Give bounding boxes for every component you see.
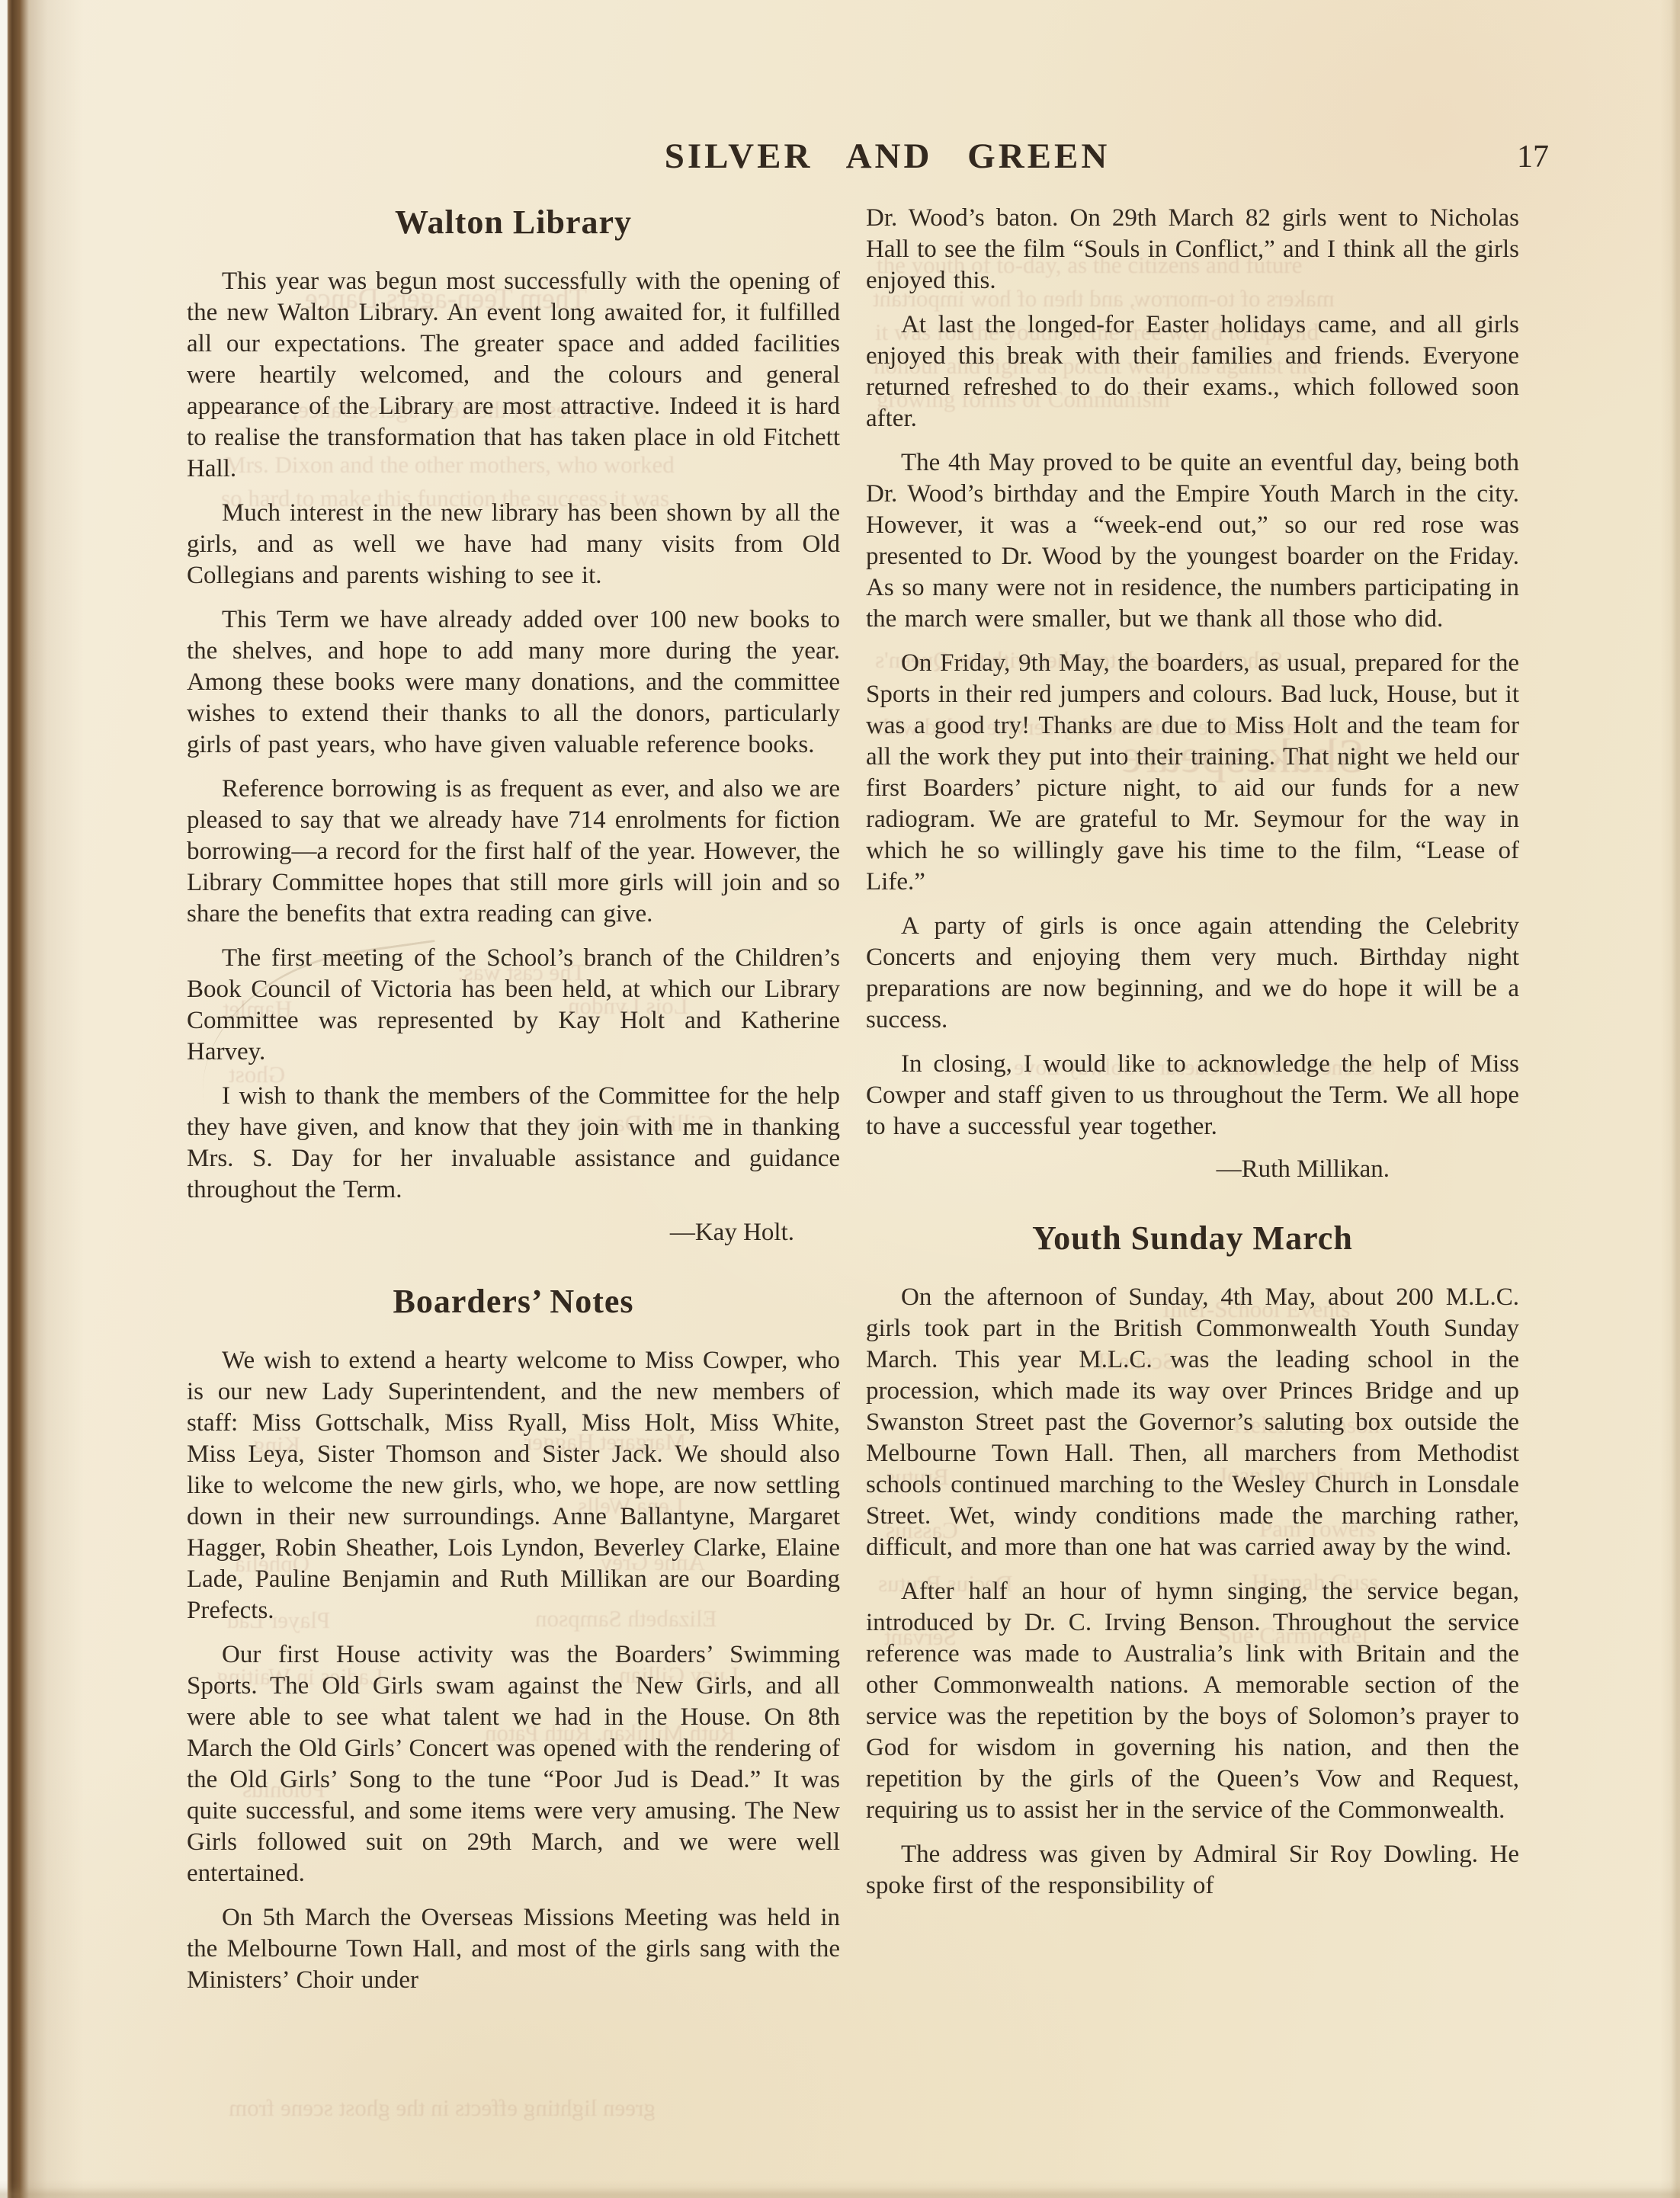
paragraph: The first meeting of the School’s branch… bbox=[187, 943, 840, 1068]
paragraph: On 5th March the Overseas Missions Meeti… bbox=[187, 1902, 840, 1996]
running-title: SILVER AND GREEN bbox=[665, 136, 1111, 177]
article-title: Walton Library bbox=[187, 203, 840, 242]
paragraph: Our first House activity was the Boarder… bbox=[187, 1639, 840, 1889]
left-column: Walton Library This year was begun most … bbox=[187, 203, 840, 2009]
bleedthrough-fragment: green lighting effects in the ghost scen… bbox=[229, 2094, 656, 2122]
paragraph: Reference borrowing is as frequent as ev… bbox=[187, 774, 840, 930]
page-gutter-shadow bbox=[0, 0, 84, 2198]
paragraph: This Term we have already added over 100… bbox=[187, 604, 840, 761]
article-title: Boarders’ Notes bbox=[187, 1282, 840, 1321]
paragraph: On the afternoon of Sunday, 4th May, abo… bbox=[866, 1282, 1519, 1563]
paragraph: The 4th May proved to be quite an eventf… bbox=[866, 447, 1519, 635]
paragraph: At last the longed-for Easter holidays c… bbox=[866, 309, 1519, 434]
page-bottom-edge bbox=[0, 2180, 1680, 2198]
page-number: 17 bbox=[1517, 139, 1549, 175]
paragraph: In closing, I would like to acknowledge … bbox=[866, 1049, 1519, 1142]
article-boarders-notes: Boarders’ Notes We wish to extend a hear… bbox=[187, 1282, 840, 1996]
article-youth-sunday-march: Youth Sunday March On the afternoon of S… bbox=[866, 1219, 1519, 1902]
paragraph: A party of girls is once again attending… bbox=[866, 911, 1519, 1036]
paragraph: We wish to extend a hearty welcome to Mi… bbox=[187, 1345, 840, 1626]
article-boarders-notes-continued: Dr. Wood’s baton. On 29th March 82 girls… bbox=[866, 203, 1519, 1184]
paragraph: I wish to thank the members of the Commi… bbox=[187, 1081, 840, 1206]
text-columns: Walton Library This year was begun most … bbox=[187, 203, 1519, 2009]
paragraph: Dr. Wood’s baton. On 29th March 82 girls… bbox=[866, 203, 1519, 296]
paragraph: Much interest in the new library has bee… bbox=[187, 498, 840, 591]
paragraph: The address was given by Admiral Sir Roy… bbox=[866, 1839, 1519, 1902]
paragraph: On Friday, 9th May, the boarders, as usu… bbox=[866, 648, 1519, 898]
article-walton-library: Walton Library This year was begun most … bbox=[187, 203, 840, 1247]
page-right-edge bbox=[1660, 0, 1680, 2198]
magazine-page: Them Teen-agers DanceThe success of the … bbox=[0, 0, 1680, 2198]
paragraph: This year was begun most successfully wi… bbox=[187, 266, 840, 485]
signature-kay-holt: —Kay Holt. bbox=[187, 1219, 840, 1247]
signature-ruth-millikan: —Ruth Millikan. bbox=[866, 1155, 1519, 1184]
article-title: Youth Sunday March bbox=[866, 1219, 1519, 1258]
paragraph: After half an hour of hymn singing, the … bbox=[866, 1576, 1519, 1826]
right-column: Dr. Wood’s baton. On 29th March 82 girls… bbox=[866, 203, 1519, 2009]
